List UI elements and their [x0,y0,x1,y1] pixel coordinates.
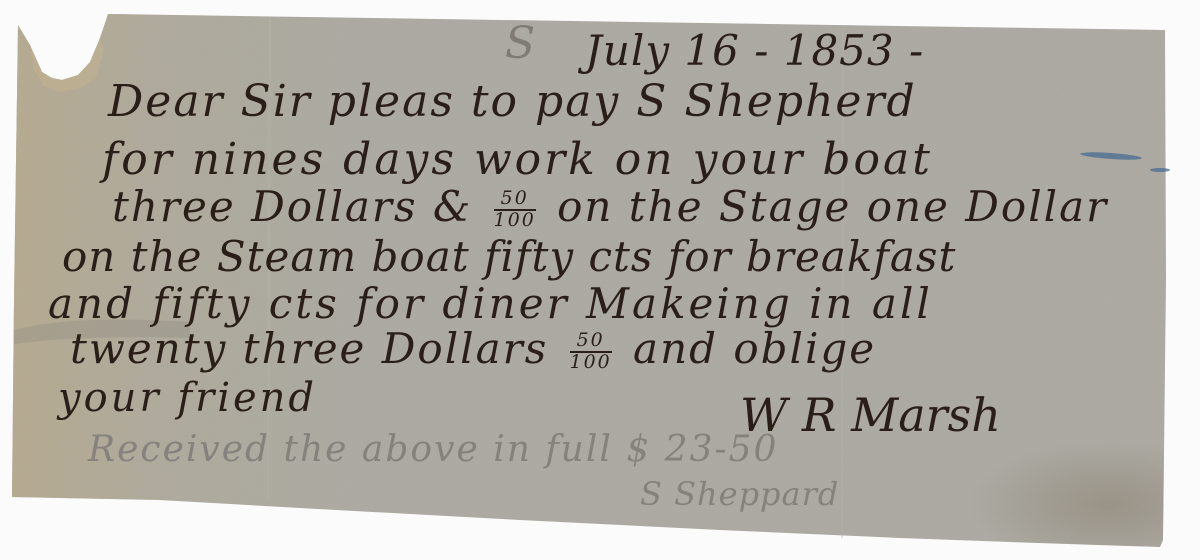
date-line: July 16 - 1853 - [585,30,924,72]
body-line-3-text-before: three Dollars & [112,182,472,231]
closing-line: your friend [58,378,317,418]
fraction-50-100: 50 100 [494,189,536,231]
blue-ink-mark [1150,168,1170,172]
body-line-6: twenty three Dollars 50 100 and oblige [70,328,876,373]
body-line-3-text-after: on the Stage one Dollar [557,182,1108,231]
body-line-6-text-after: and oblige [633,324,876,373]
body-line-6-text-before: twenty three Dollars [70,324,548,373]
date-prefix-mark: S [505,22,536,66]
body-line-3: three Dollars & 50 100 on the Stage one … [112,186,1108,231]
receipt-note-line-1: Received the above in full $ 23-50 [88,432,778,468]
signature: W R Marsh [740,392,1001,438]
fraction-50-100: 50 100 [570,331,612,373]
body-line-2: for nines days work on your boat [102,138,933,182]
body-line-1: Dear Sir pleas to pay S Shepherd [108,80,917,124]
body-line-5: and fifty cts for diner Makeing in all [48,283,933,325]
document-scan: S July 16 - 1853 - Dear Sir pleas to pay… [0,0,1200,560]
body-line-4: on the Steam boat fifty cts for breakfas… [62,236,956,278]
receipt-note-line-2: S Sheppard [640,478,839,510]
